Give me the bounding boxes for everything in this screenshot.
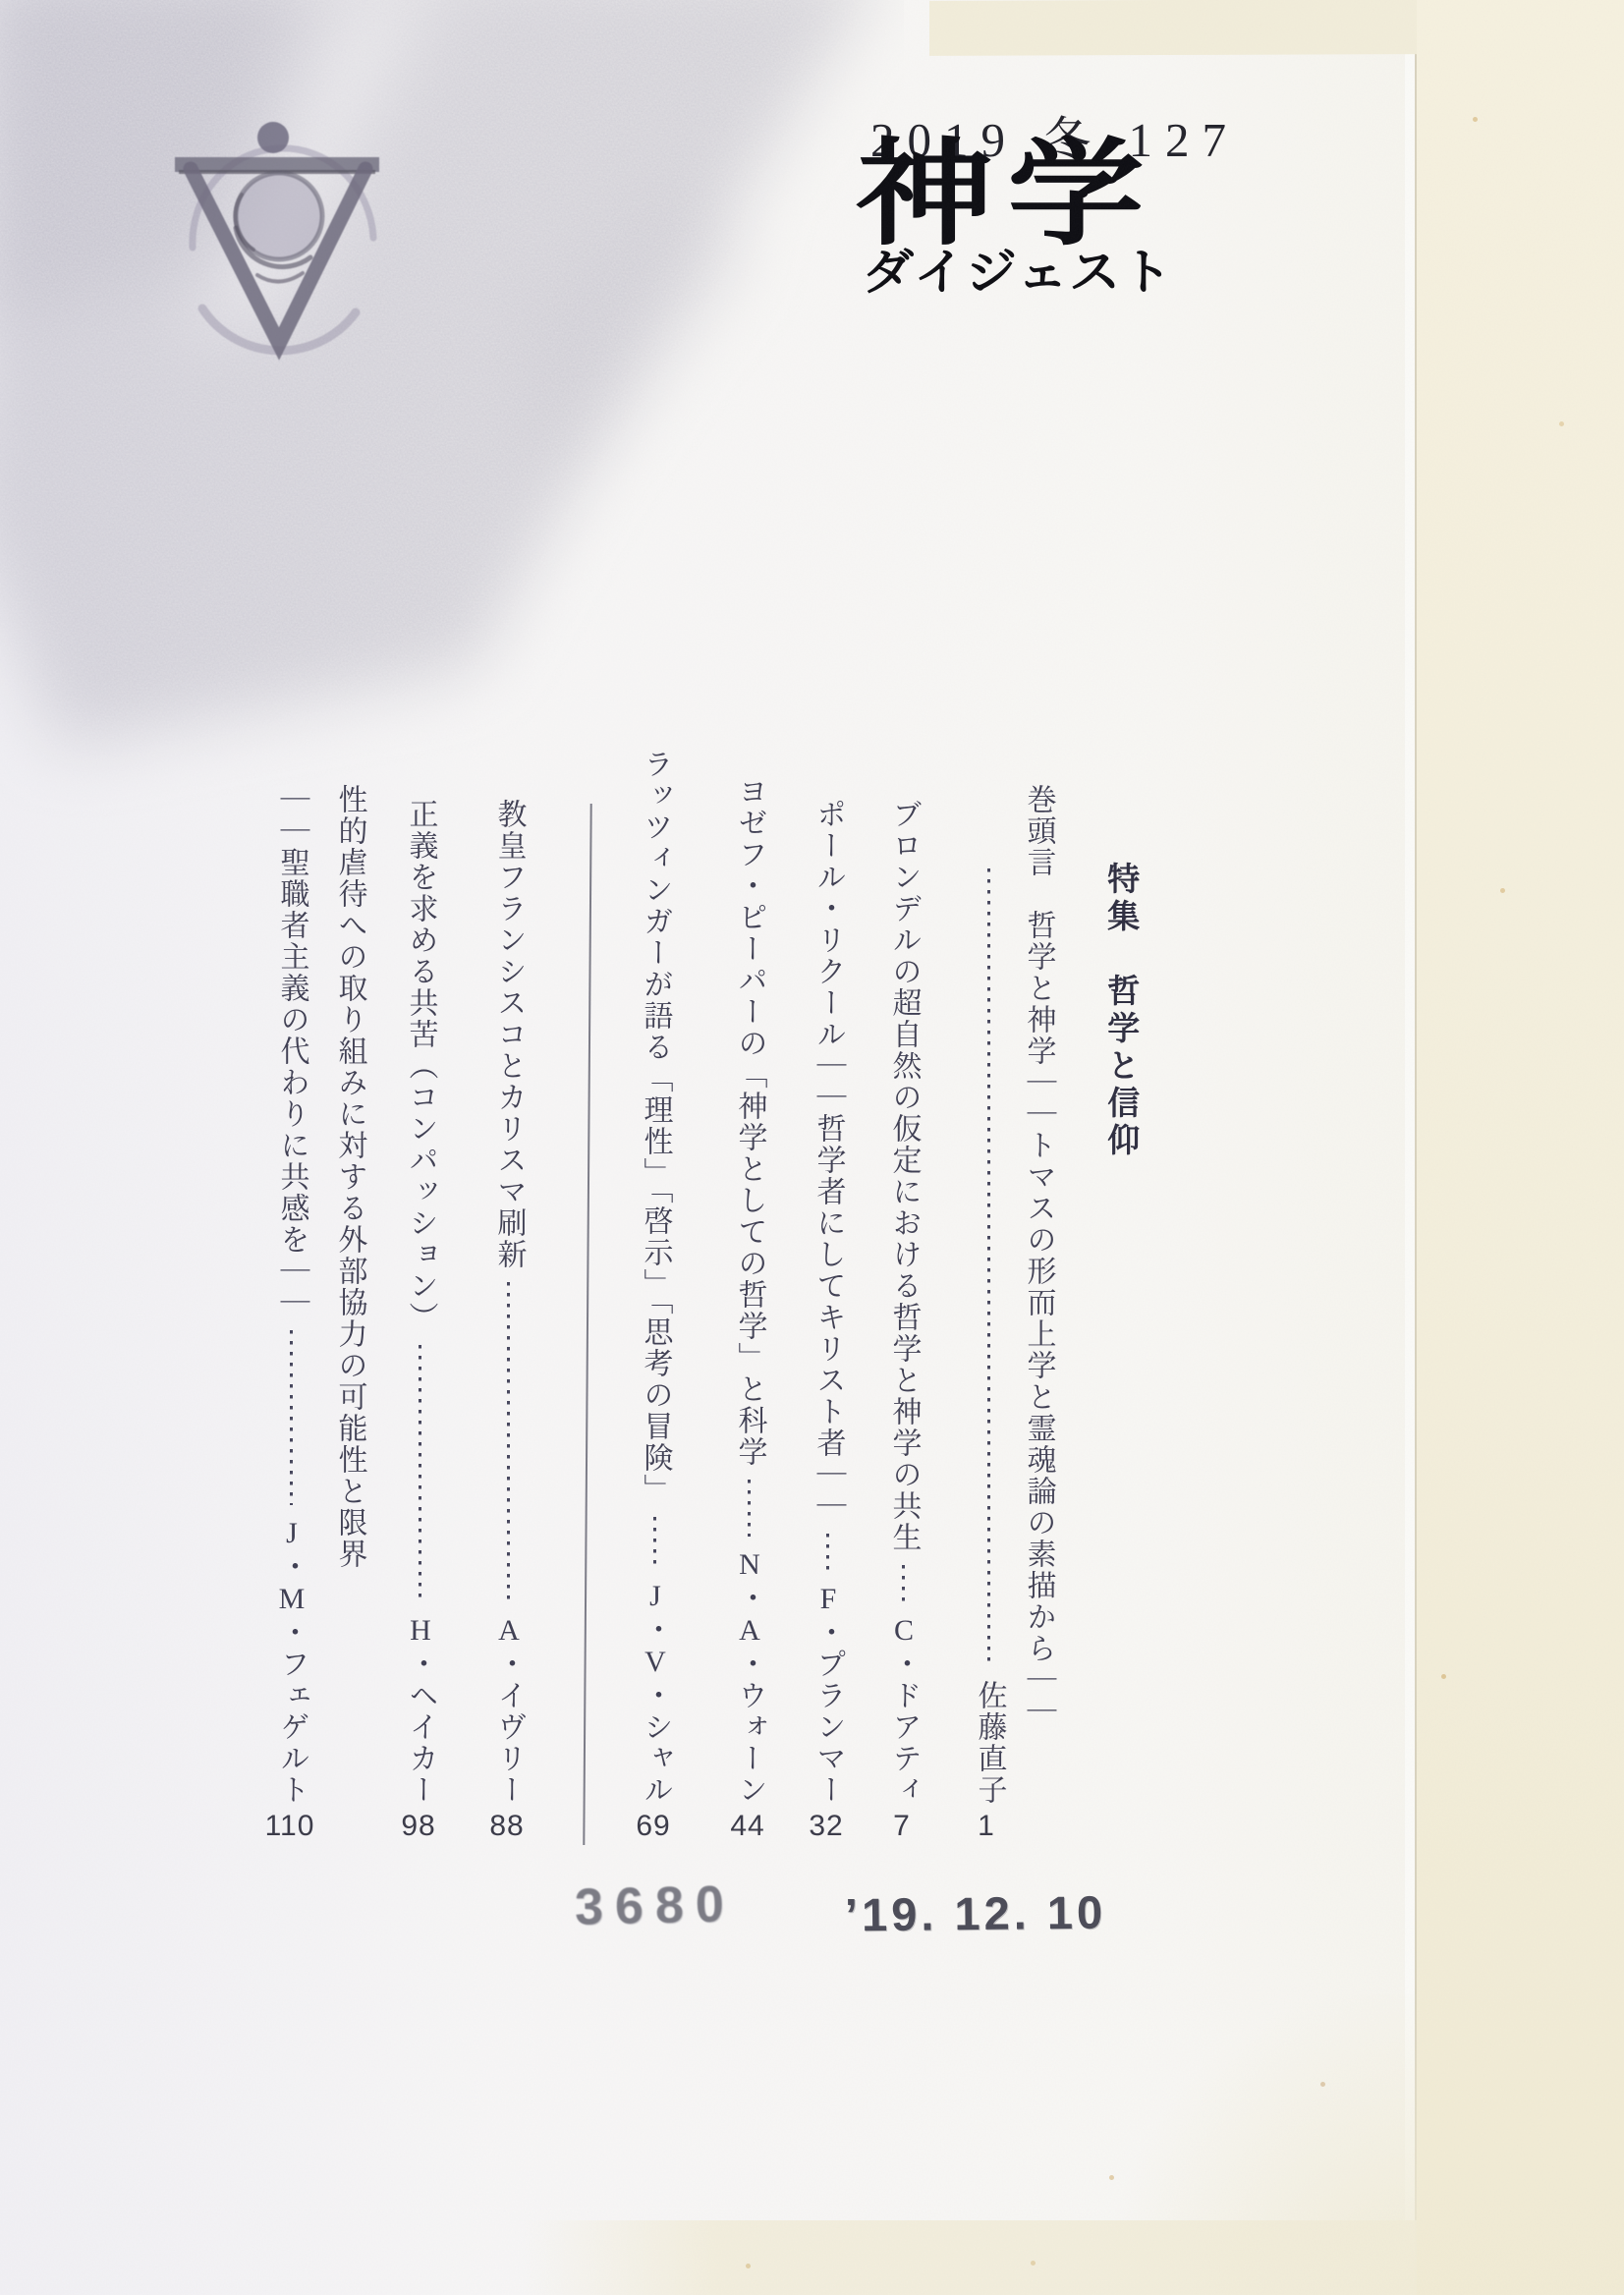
scanned-journal-cover: 2019 冬 127 神学 ダイジェスト 特集 哲学と信仰 巻頭言 哲学と神学｜… bbox=[0, 0, 1624, 2295]
toc-leader-dots bbox=[507, 1282, 510, 1602]
toc-entry-author: 佐藤直子 bbox=[971, 1680, 1008, 1806]
toc-line: ブロンデルの超自然の仮定における哲学と神学の共生 C・ドアティ bbox=[885, 799, 923, 1806]
date-received-stamp: ’19. 12. 10 bbox=[845, 1885, 1107, 1942]
toc-page-number: 69 bbox=[636, 1810, 670, 1843]
toc-entry-title: ブロンデルの超自然の仮定における哲学と神学の共生 bbox=[885, 799, 923, 1553]
accession-number-stamp: 3680 bbox=[574, 1875, 736, 1936]
toc-page-number: 1 bbox=[978, 1810, 995, 1843]
toc-leader-dots bbox=[826, 1534, 829, 1571]
table-of-contents: 特集 哲学と信仰 巻頭言 哲学と神学｜｜トマスの形而上学と霊魂論の素描から｜｜ … bbox=[0, 0, 1624, 2295]
toc-leader-dots bbox=[902, 1565, 905, 1602]
toc-leader-dots bbox=[987, 868, 990, 1668]
toc-entry-title: 性的虐待への取り組みに対する外部協力の可能性と限界 bbox=[334, 784, 366, 1570]
toc-entry-title: 正義を求める共苦（コンパッション） bbox=[402, 799, 439, 1333]
toc-entry-title: ラッツィンガーが語る「理性」「啓示」「思考の冒険」 bbox=[637, 749, 674, 1505]
toc-line: ヨゼフ・ピーパーの「神学としての哲学」と科学 N・A・ウォーン bbox=[731, 776, 768, 1806]
toc-entry-author: A・イヴリー bbox=[490, 1614, 528, 1806]
toc-line: 正義を求める共苦（コンパッション） H・ヘイカー bbox=[402, 799, 439, 1806]
toc-feature-heading-text: 特集 哲学と信仰 bbox=[1103, 862, 1140, 1160]
toc-page-number: 110 bbox=[265, 1810, 315, 1843]
toc-feature-heading: 特集 哲学と信仰 bbox=[1101, 862, 1142, 1160]
toc-entry-title: 教皇フランシスコとカリスマ刷新 bbox=[490, 799, 528, 1270]
toc-page-number: 88 bbox=[489, 1810, 524, 1843]
toc-entry-title: 巻頭言 哲学と神学｜｜トマスの形而上学と霊魂論の素描から｜｜ bbox=[1023, 784, 1055, 1727]
toc-leader-dots bbox=[290, 1330, 293, 1505]
toc-entry-author: J・M・フェゲルト bbox=[273, 1517, 310, 1806]
toc-page-number: 7 bbox=[893, 1810, 911, 1843]
toc-leader-dots bbox=[653, 1517, 656, 1568]
toc-page-number: 44 bbox=[730, 1810, 764, 1843]
toc-page-number: 98 bbox=[401, 1810, 435, 1843]
toc-line: ポール・リクール｜｜哲学者にしてキリスト者｜｜ F・プランマー bbox=[810, 799, 847, 1806]
toc-line-title: 性的虐待への取り組みに対する外部協力の可能性と限界 bbox=[331, 784, 368, 1570]
toc-leader-dots bbox=[419, 1345, 421, 1602]
toc-entry-title: ヨゼフ・ピーパーの「神学としての哲学」と科学 bbox=[731, 776, 768, 1468]
toc-entry-author: N・A・ウォーン bbox=[731, 1548, 768, 1806]
toc-line: 教皇フランシスコとカリスマ刷新 A・イヴリー bbox=[490, 799, 528, 1806]
toc-entry-author: C・ドアティ bbox=[885, 1614, 923, 1806]
toc-leader-dots bbox=[748, 1480, 751, 1537]
toc-entry-title: ポール・リクール｜｜哲学者にしてキリスト者｜｜ bbox=[810, 799, 847, 1522]
toc-section-divider bbox=[583, 804, 591, 1845]
toc-page-number: 32 bbox=[809, 1810, 843, 1843]
toc-entry-subtitle: ｜｜聖職者主義の代わりに共感を｜｜ bbox=[273, 784, 310, 1318]
toc-line-title: 巻頭言 哲学と神学｜｜トマスの形而上学と霊魂論の素描から｜｜ bbox=[1020, 784, 1057, 1727]
toc-entry-author: H・ヘイカー bbox=[402, 1614, 439, 1806]
toc-entry-author: J・V・シャル bbox=[637, 1580, 674, 1806]
toc-line-subtitle-author: ｜｜聖職者主義の代わりに共感を｜｜ J・M・フェゲルト bbox=[273, 784, 310, 1806]
toc-line-author: 佐藤直子 bbox=[971, 857, 1008, 1806]
toc-entry-author: F・プランマー bbox=[810, 1583, 847, 1806]
toc-line: ラッツィンガーが語る「理性」「啓示」「思考の冒険」 J・V・シャル bbox=[637, 749, 674, 1806]
